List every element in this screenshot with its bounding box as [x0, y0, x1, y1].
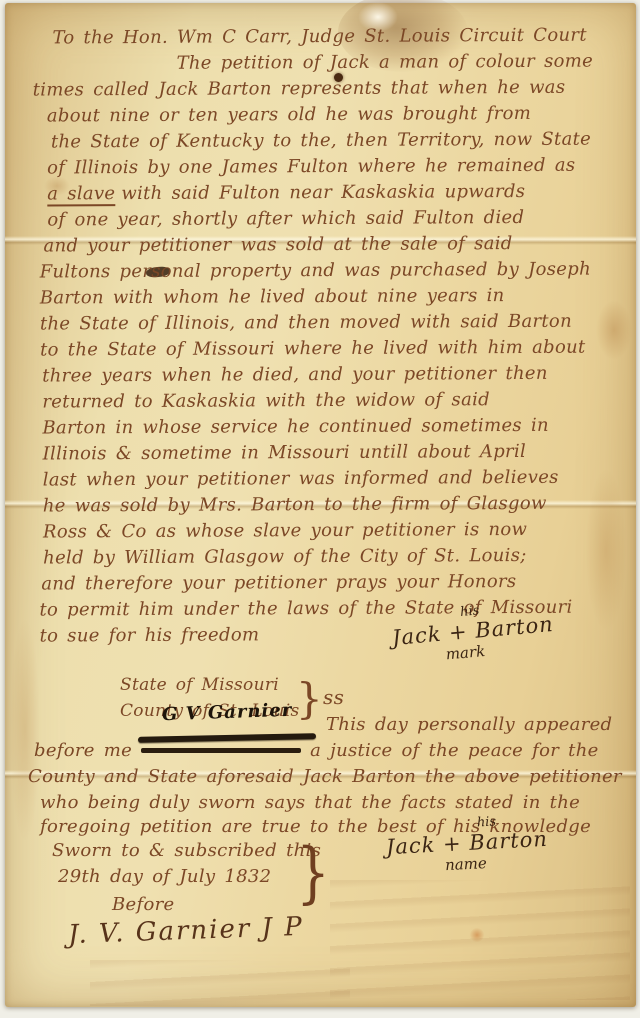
petition-line: last when your petitioner was informed a…	[33, 464, 623, 493]
foxing-spot	[10, 620, 40, 840]
ink-bleedthrough	[90, 960, 350, 1006]
before-label: Before	[112, 892, 174, 918]
ss-label: ss	[323, 685, 344, 709]
ink-bleedthrough	[330, 880, 630, 1000]
date-line: 29th day of July 1832	[58, 864, 271, 890]
jurat-line-sworn-says: who being duly sworn says that the facts…	[40, 790, 580, 816]
petition-body: To the Hon. Wm C Carr, Judge St. Louis C…	[30, 22, 623, 649]
petition-line: Fultons personal property and was purcha…	[32, 256, 622, 285]
salutation-line: To the Hon. Wm C Carr, Judge St. Louis C…	[30, 22, 620, 51]
jurat-line-county-state: County and State aforesaid Jack Barton t…	[28, 764, 622, 790]
petition-line: Illinois & sometime in Missouri untill a…	[33, 438, 623, 467]
petition-line: held by William Glasgow of the City of S…	[33, 542, 623, 571]
state-line: State of Missouri	[120, 672, 300, 698]
jurat-line-before-me: before me a justice of the peace for the	[34, 738, 599, 764]
petition-line: three years when he died, and your petit…	[32, 360, 622, 389]
petition-line: Ross & Co as whose slave your petitioner…	[33, 516, 623, 545]
petition-line: to the State of Missouri where he lived …	[32, 334, 622, 363]
petition-line: about nine or ten years old he was broug…	[31, 100, 621, 129]
petition-line: he was sold by Mrs. Barton to the firm o…	[33, 490, 623, 519]
brace-glyph: }	[296, 674, 323, 723]
petition-line: and your petitioner was sold at the sale…	[31, 230, 621, 259]
petition-line: the State of Illinois, and then moved wi…	[32, 308, 622, 337]
petition-line-rest: with said Fulton near Kaskaskia upwards	[121, 181, 525, 204]
jurat-line-appeared: This day personally appeared	[326, 712, 612, 738]
underlined-phrase-a-slave: a slave	[47, 183, 115, 206]
petition-line: times called Jack Barton represents that…	[31, 74, 621, 103]
petition-line: Barton with whom he lived about nine yea…	[32, 282, 622, 311]
date-brace: }	[296, 834, 330, 911]
struck-out-name-inline	[141, 748, 301, 753]
petition-line: of Illinois by one James Fulton where he…	[31, 152, 621, 181]
petition-line: and therefore your petitioner prays your…	[33, 568, 623, 597]
petition-line-with-underline: a slavewith said Fulton near Kaskaskia u…	[31, 178, 621, 207]
petition-line: The petition of Jack a man of colour som…	[31, 48, 621, 77]
petition-line: of one year, shortly after which said Fu…	[31, 204, 621, 233]
scanned-document-page: { "colors": { "paper": "#ebd6a1", "ink":…	[0, 0, 640, 1018]
justice-phrase-text: a justice of the peace for the	[310, 740, 598, 761]
petition-line: the State of Kentucky to the, then Terri…	[31, 126, 621, 155]
petition-line: Barton in whose service he continued som…	[32, 412, 622, 441]
before-me-text: before me	[34, 740, 132, 761]
jack-barton-signature-2: his Jack + Barton name	[385, 812, 550, 877]
sworn-subscribed-line: Sworn to & subscribed this	[52, 838, 321, 864]
petition-line: returned to Kaskaskia with the widow of …	[32, 386, 622, 415]
